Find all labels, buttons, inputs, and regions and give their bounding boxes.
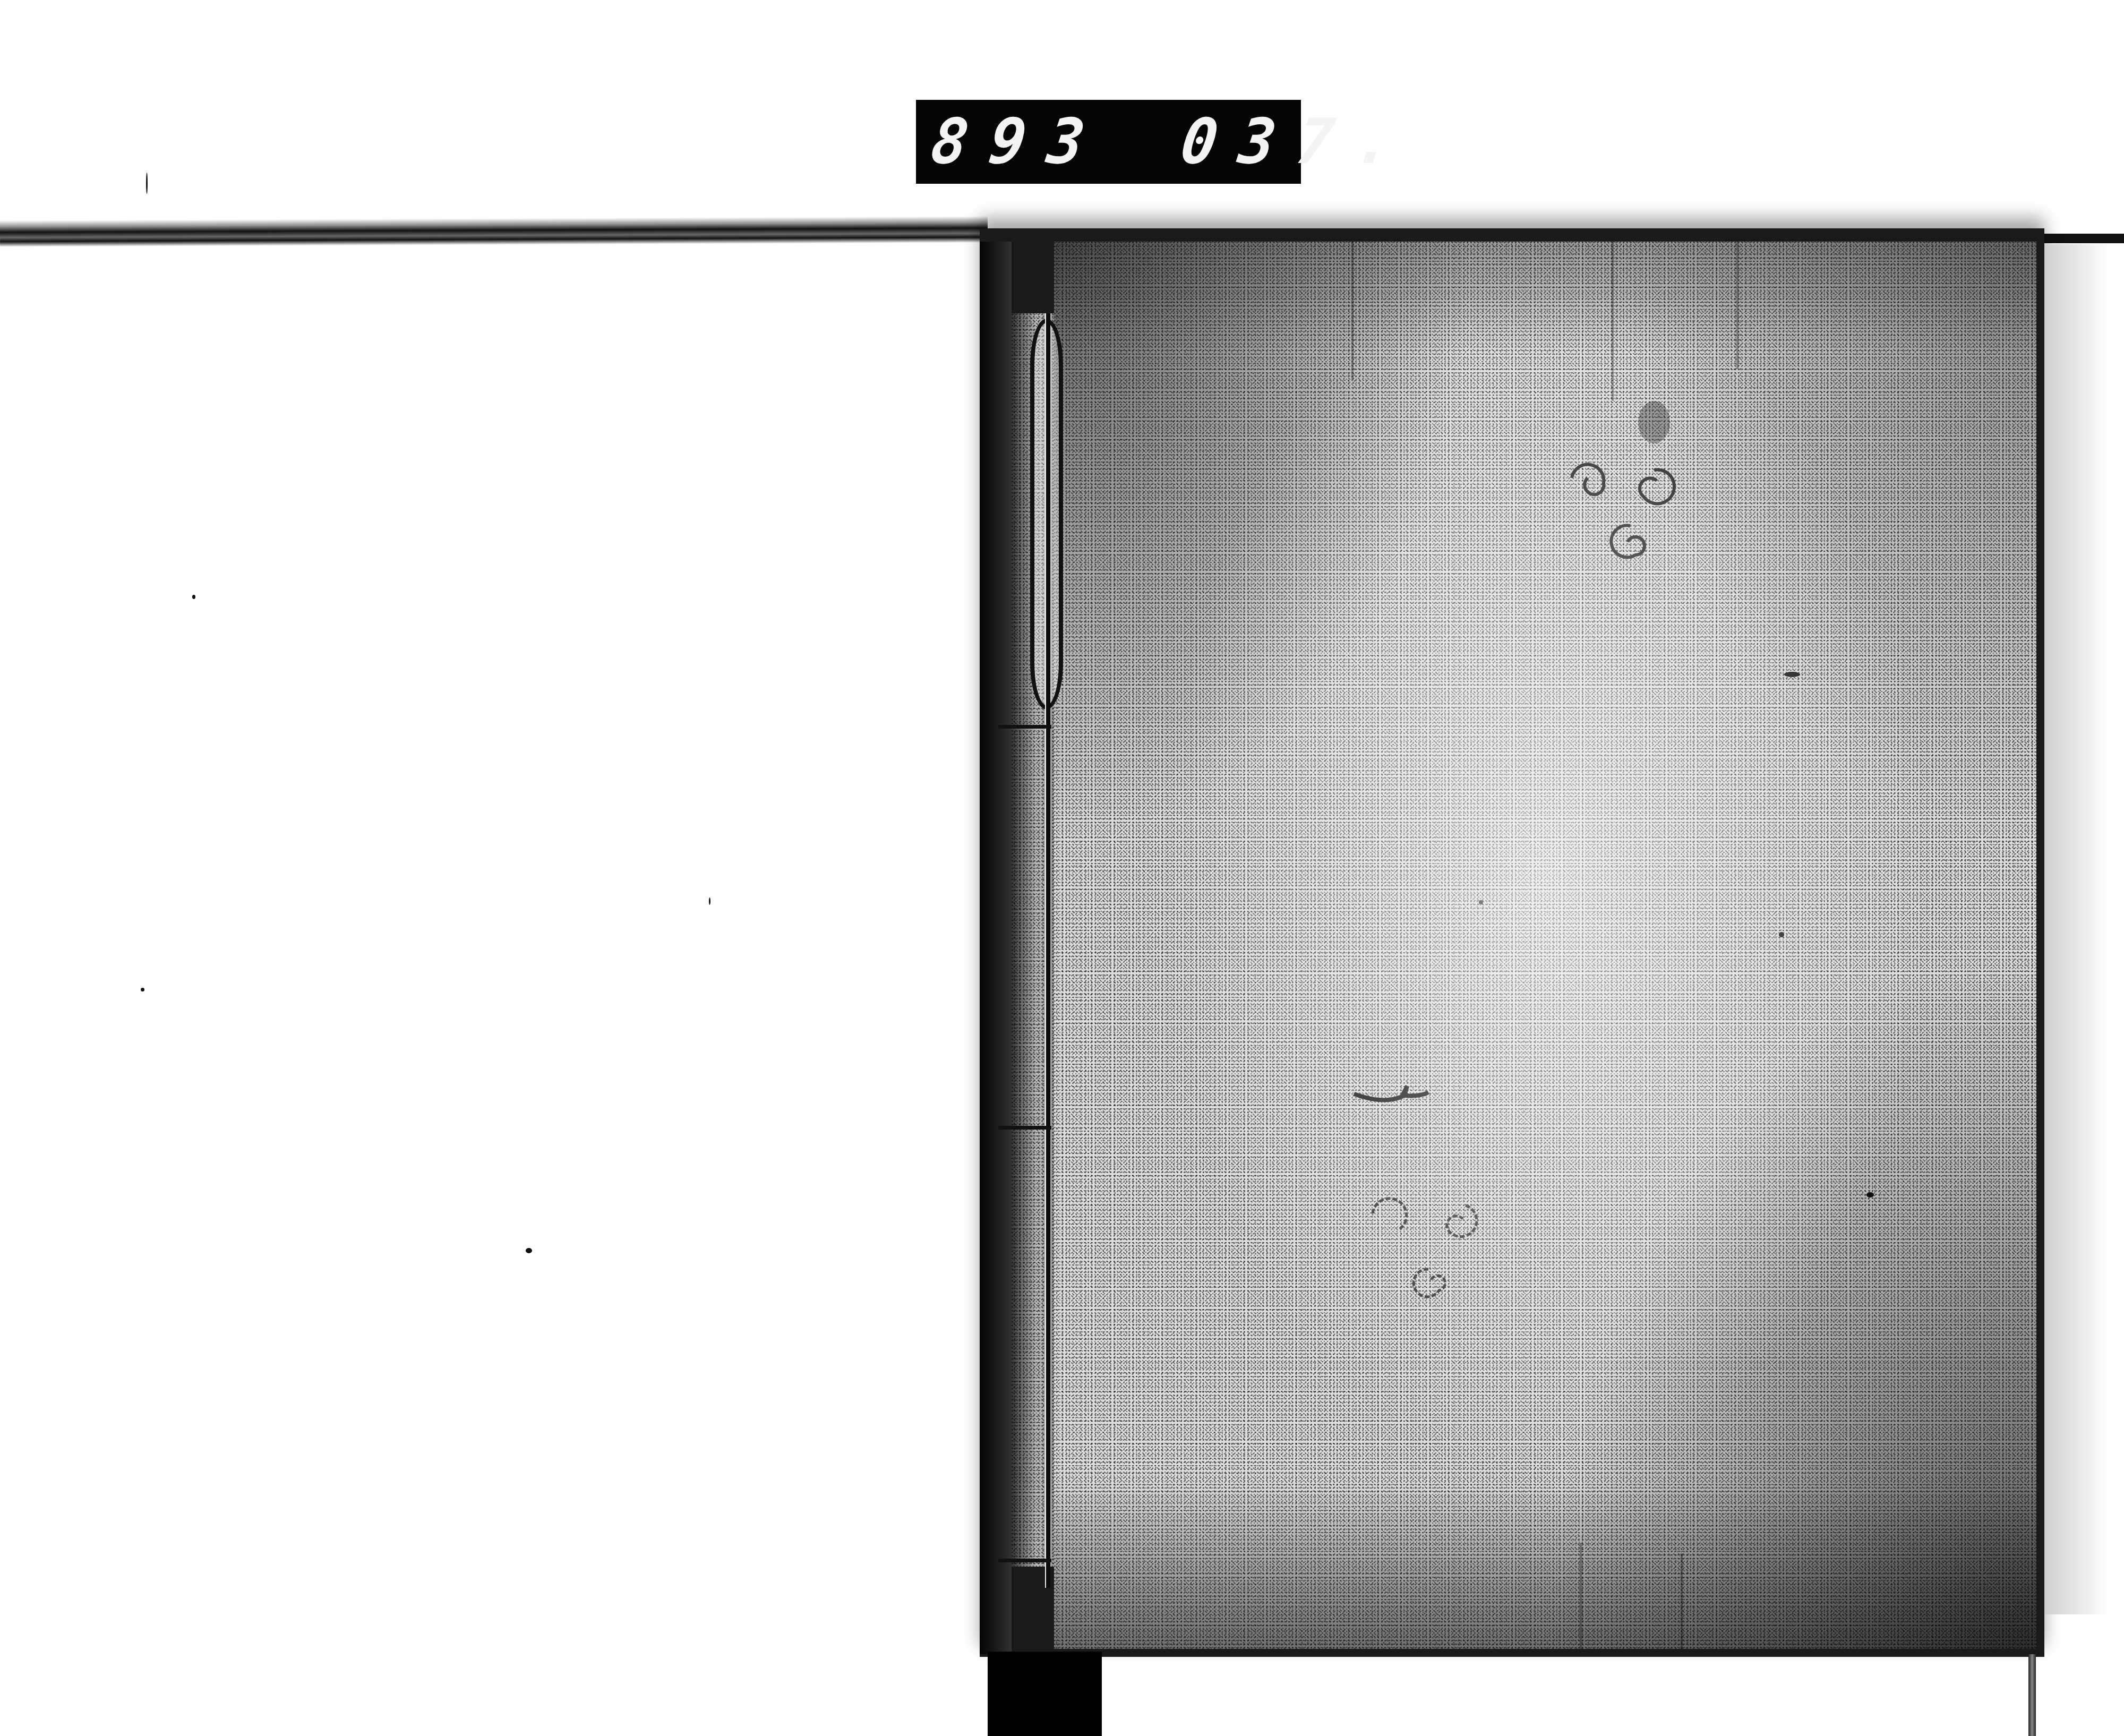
swirl-icon [1551, 446, 1710, 589]
binding-stitch [998, 1559, 1051, 1562]
dust-speck [146, 173, 148, 194]
binding-thread [1045, 313, 1050, 1588]
binding-stitch [998, 725, 1051, 729]
spine-edge [980, 242, 1012, 1654]
film-bottom-block [988, 1652, 1102, 1736]
frame-number-right: 037. [1176, 106, 1419, 178]
reel-number-left: 893 [927, 106, 1096, 178]
upper-triple-swirl-emblem [1551, 446, 1710, 589]
dust-speck [709, 897, 710, 905]
lower-triple-swirl-emblem [1357, 1176, 1516, 1314]
dust-speck [192, 595, 195, 599]
stain-spot [1784, 672, 1800, 677]
ink-mark-icon [1351, 1081, 1431, 1113]
stain-spot [1638, 401, 1670, 443]
stain-spot [1866, 1192, 1874, 1198]
dust-speck [526, 1248, 532, 1253]
cover-crease [1736, 242, 1738, 369]
top-page-edge [0, 216, 988, 247]
cover-crease [1351, 242, 1354, 380]
stain-spot [1779, 932, 1784, 937]
swirl-icon [1357, 1176, 1516, 1314]
right-page-edge [2044, 244, 2108, 1614]
cover-crease [1681, 1553, 1683, 1649]
right-support-post [2028, 1654, 2036, 1736]
stain-spot [1479, 900, 1483, 904]
reel-number-label: 893 037. [916, 100, 1301, 184]
blank-left-page [0, 247, 980, 1736]
top-page-edge-right [2039, 234, 2124, 243]
cover-crease [1612, 242, 1614, 401]
cover-crease [1580, 1543, 1582, 1649]
book-cover [1054, 242, 2036, 1649]
binding-stitch [998, 1126, 1051, 1130]
dust-speck [141, 988, 144, 991]
